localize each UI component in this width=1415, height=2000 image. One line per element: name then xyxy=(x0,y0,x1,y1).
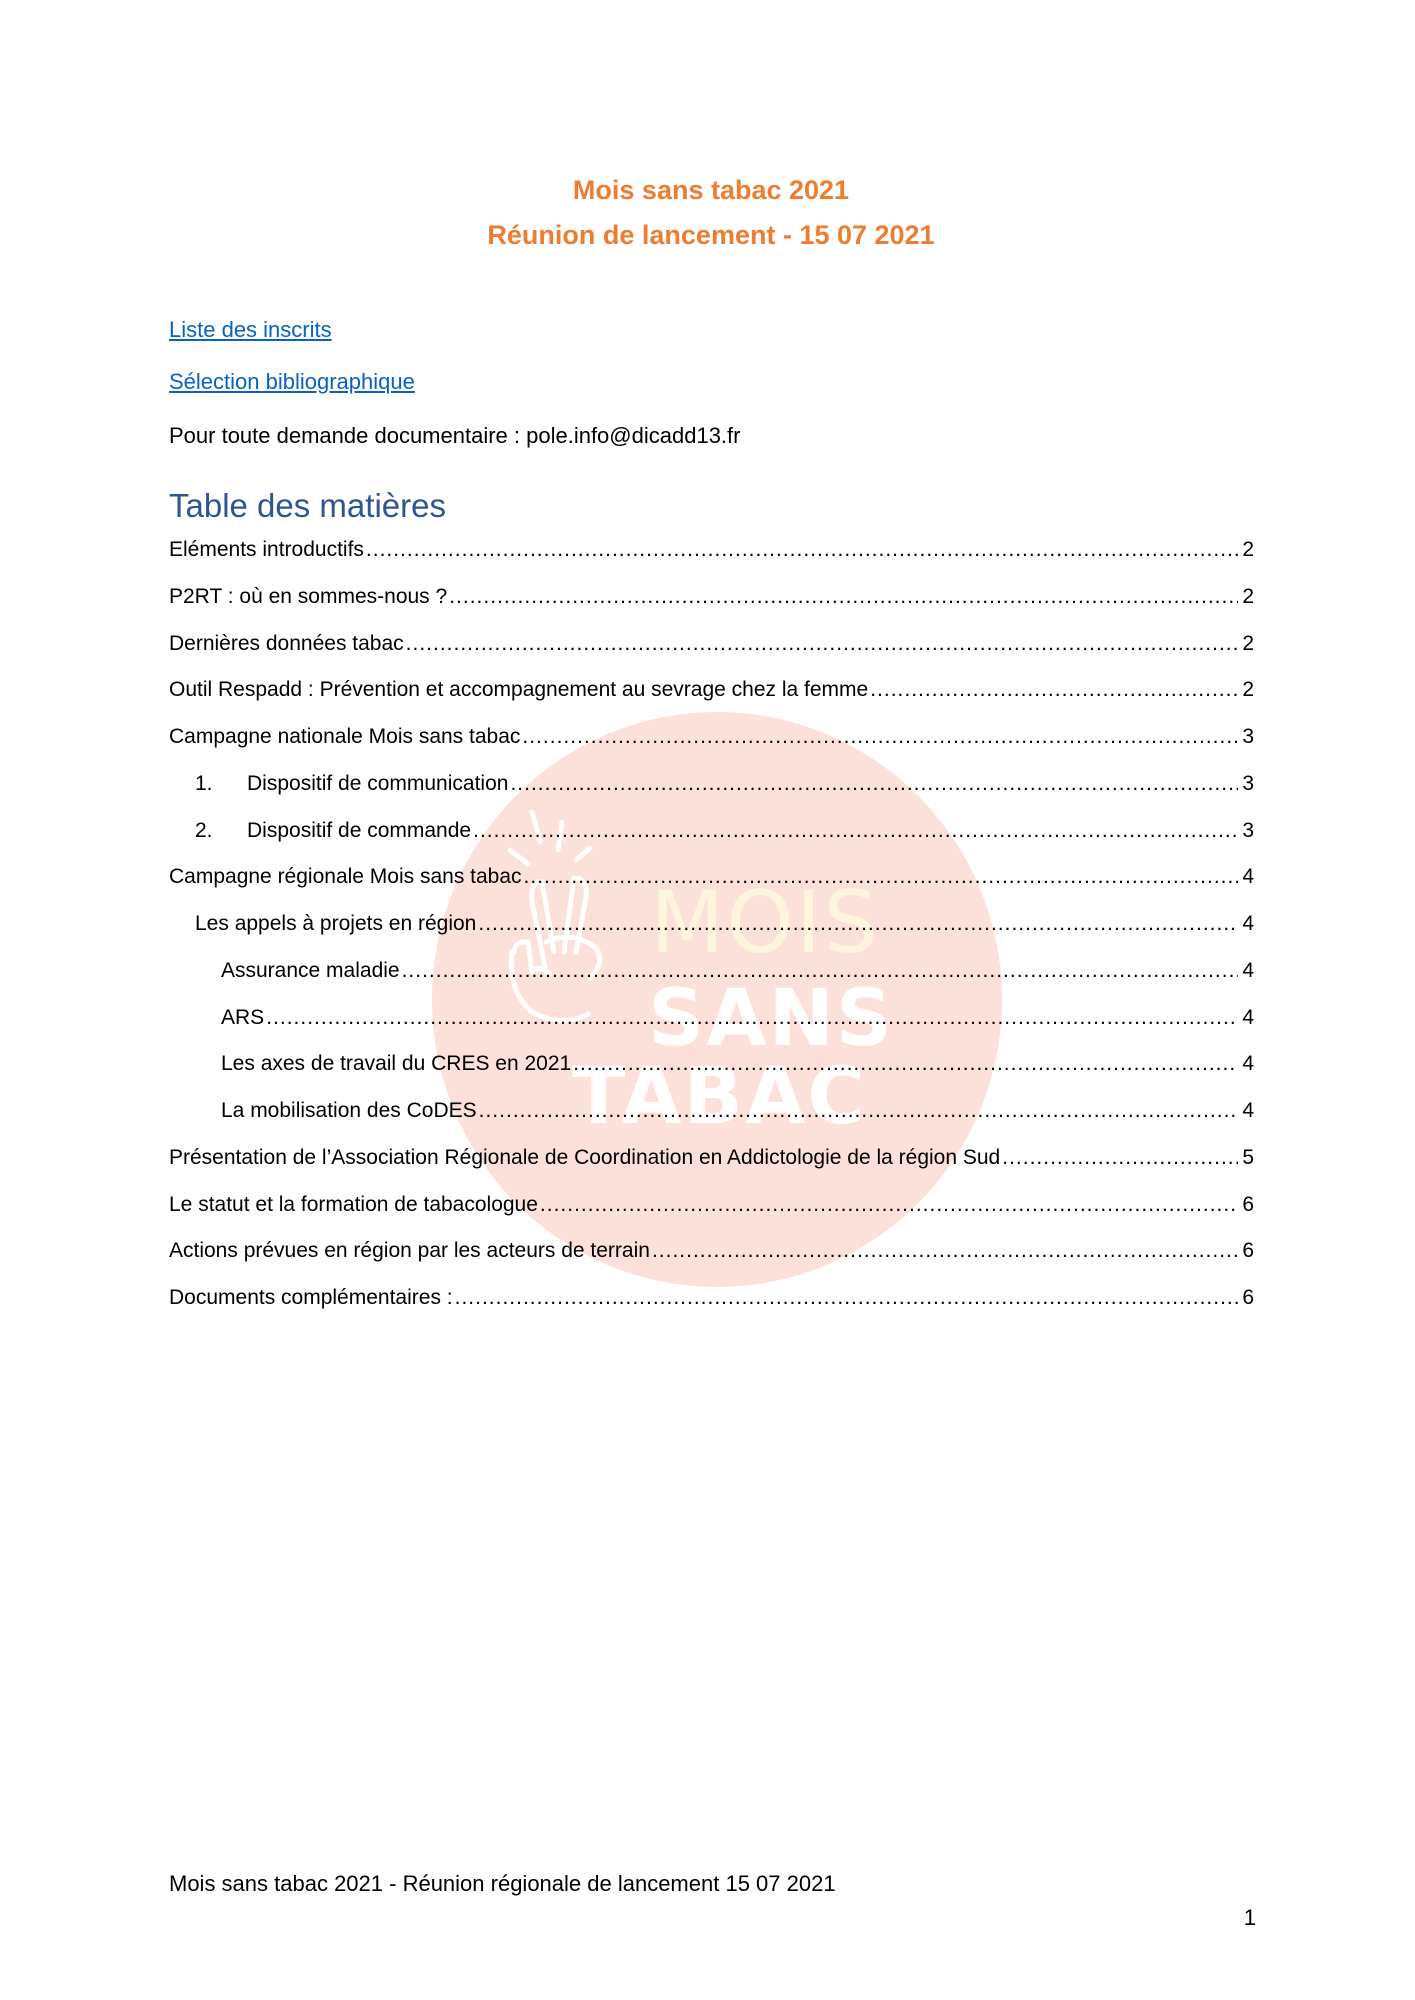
toc-entry[interactable]: Assurance maladie4 xyxy=(169,956,1254,1003)
toc-entry-page: 4 xyxy=(1242,956,1254,986)
toc-entry-page: 6 xyxy=(1242,1190,1254,1220)
toc-dot-leader xyxy=(870,675,1238,705)
toc-entry[interactable]: Présentation de l’Association Régionale … xyxy=(169,1143,1254,1190)
toc-entry-label: Les axes de travail du CRES en 2021 xyxy=(221,1049,571,1079)
toc-entry-label: Documents complémentaires : xyxy=(169,1283,453,1313)
toc-entry-label: P2RT : où en sommes-nous ? xyxy=(169,582,447,612)
toc-entry-page: 3 xyxy=(1242,722,1254,752)
table-of-contents: Eléments introductifs2P2RT : où en somme… xyxy=(169,535,1254,1330)
toc-entry-label: Campagne nationale Mois sans tabac xyxy=(169,722,520,752)
toc-entry[interactable]: Actions prévues en région par les acteur… xyxy=(169,1236,1254,1283)
document-subtitle: Réunion de lancement - 15 07 2021 xyxy=(0,213,1415,258)
toc-dot-leader xyxy=(522,722,1238,752)
toc-entry[interactable]: Dernières données tabac2 xyxy=(169,629,1254,676)
toc-dot-leader xyxy=(1002,1143,1238,1173)
page-footer: Mois sans tabac 2021 - Réunion régionale… xyxy=(169,1869,836,1899)
toc-dot-leader xyxy=(573,1049,1238,1079)
toc-entry-label: Dernières données tabac xyxy=(169,629,404,659)
toc-entry-page: 4 xyxy=(1242,909,1254,939)
toc-dot-leader xyxy=(479,1096,1239,1126)
toc-entry[interactable]: Le statut et la formation de tabacologue… xyxy=(169,1190,1254,1237)
toc-dot-leader xyxy=(406,629,1239,659)
toc-entry-label: Eléments introductifs xyxy=(169,535,364,565)
toc-entry-page: 3 xyxy=(1242,769,1254,799)
toc-entry-label: Assurance maladie xyxy=(221,956,400,986)
toc-entry-page: 4 xyxy=(1242,1096,1254,1126)
toc-entry-page: 5 xyxy=(1242,1143,1254,1173)
toc-entry-page: 2 xyxy=(1242,629,1254,659)
toc-entry-label: ARS xyxy=(221,1003,264,1033)
toc-entry[interactable]: Eléments introductifs2 xyxy=(169,535,1254,582)
toc-entry-number: 1. xyxy=(195,769,247,799)
toc-entry-page: 2 xyxy=(1242,675,1254,705)
toc-entry[interactable]: Les axes de travail du CRES en 20214 xyxy=(169,1049,1254,1096)
toc-entry[interactable]: Les appels à projets en région4 xyxy=(169,909,1254,956)
toc-entry[interactable]: Campagne régionale Mois sans tabac4 xyxy=(169,862,1254,909)
toc-entry-label: La mobilisation des CoDES xyxy=(221,1096,477,1126)
toc-dot-leader xyxy=(455,1283,1239,1313)
toc-entry-label: Dispositif de communication xyxy=(247,769,508,799)
toc-entry-label: Actions prévues en région par les acteur… xyxy=(169,1236,650,1266)
toc-entry-label: Présentation de l’Association Régionale … xyxy=(169,1143,1000,1173)
toc-entry[interactable]: 1.Dispositif de communication3 xyxy=(169,769,1254,816)
toc-entry-page: 4 xyxy=(1242,1003,1254,1033)
toc-dot-leader xyxy=(473,816,1238,846)
toc-dot-leader xyxy=(402,956,1239,986)
toc-entry-number: 2. xyxy=(195,816,247,846)
toc-entry-label: Outil Respadd : Prévention et accompagne… xyxy=(169,675,868,705)
toc-entry-label: Le statut et la formation de tabacologue xyxy=(169,1190,538,1220)
toc-entry-page: 2 xyxy=(1242,582,1254,612)
contact-text: Pour toute demande documentaire : pole.i… xyxy=(169,421,740,451)
toc-entry-page: 6 xyxy=(1242,1236,1254,1266)
toc-dot-leader xyxy=(652,1236,1238,1266)
toc-dot-leader xyxy=(524,862,1239,892)
toc-entry-page: 4 xyxy=(1242,862,1254,892)
toc-entry[interactable]: Documents complémentaires :6 xyxy=(169,1283,1254,1330)
toc-dot-leader xyxy=(266,1003,1238,1033)
toc-entry[interactable]: Campagne nationale Mois sans tabac3 xyxy=(169,722,1254,769)
toc-entry-label: Campagne régionale Mois sans tabac xyxy=(169,862,522,892)
toc-entry-page: 4 xyxy=(1242,1049,1254,1079)
toc-entry-page: 6 xyxy=(1242,1283,1254,1313)
toc-entry[interactable]: 2.Dispositif de commande3 xyxy=(169,816,1254,863)
toc-entry-page: 2 xyxy=(1242,535,1254,565)
link-selection-bibliographique[interactable]: Sélection bibliographique xyxy=(169,367,415,397)
document-title: Mois sans tabac 2021 xyxy=(0,168,1415,213)
toc-entry[interactable]: La mobilisation des CoDES4 xyxy=(169,1096,1254,1143)
link-liste-des-inscrits[interactable]: Liste des inscrits xyxy=(169,315,332,345)
toc-dot-leader xyxy=(449,582,1238,612)
document-page: MOIS SANS TABAC Mois sans tabac 2021 Réu… xyxy=(0,0,1415,2000)
toc-entry[interactable]: Outil Respadd : Prévention et accompagne… xyxy=(169,675,1254,722)
toc-dot-leader xyxy=(540,1190,1238,1220)
toc-dot-leader xyxy=(478,909,1238,939)
toc-heading: Table des matières xyxy=(169,486,446,526)
toc-entry[interactable]: ARS4 xyxy=(169,1003,1254,1050)
toc-entry-page: 3 xyxy=(1242,816,1254,846)
toc-entry-label: Les appels à projets en région xyxy=(195,909,476,939)
toc-dot-leader xyxy=(510,769,1238,799)
toc-entry-label: Dispositif de commande xyxy=(247,816,471,846)
toc-dot-leader xyxy=(366,535,1238,565)
page-number: 1 xyxy=(1236,1903,1256,1933)
toc-entry[interactable]: P2RT : où en sommes-nous ?2 xyxy=(169,582,1254,629)
